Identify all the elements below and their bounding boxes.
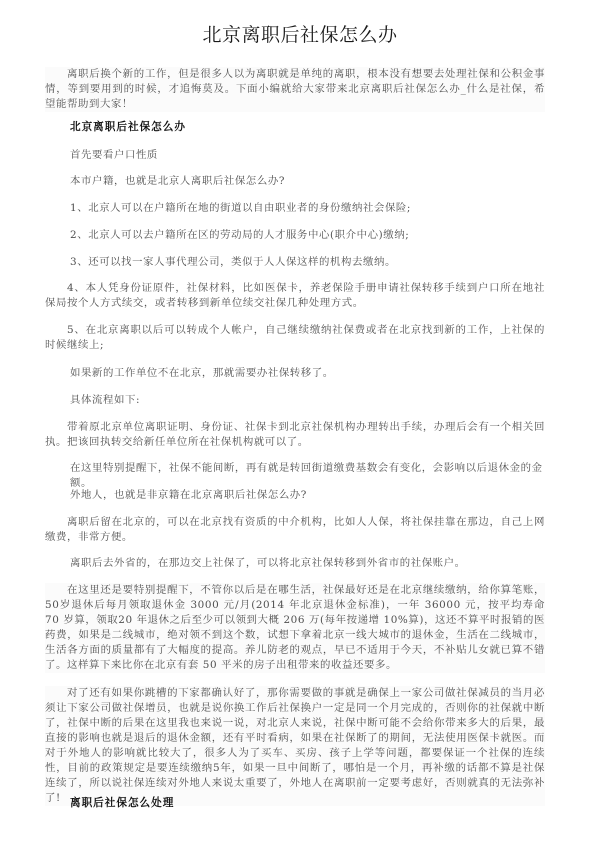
paragraph-reminder-no-gap: 在这里特别提醒下，社保不能间断，再有就是转回街道缴费基数会有变化，会影响以后退休… (70, 461, 550, 491)
section-heading-beijing-social-security: 北京离职后社保怎么办 (70, 119, 186, 134)
section-heading-handling: 离职后社保怎么处理 (70, 795, 174, 810)
list-item-5: 5、在北京离职以后可以转成个人帐户，自己继续缴纳社保费或者在北京找到新的工作，上… (45, 323, 545, 353)
paragraph-hukou-type: 首先要看户口性质 (70, 148, 550, 163)
document-page: 北京离职后社保怎么办 离职后换个新的工作，但是很多人以为离职就是单纯的离职，根本… (0, 0, 600, 849)
list-item-2: 2、北京人可以去户籍所在区的劳动局的人才服务中心(职介中心)缴纳; (70, 228, 550, 243)
paragraph-process-steps: 带着原北京单位离职证明、身份证、社保卡到北京社保机构办理转出手续，办理后会有一个… (45, 420, 545, 450)
paragraph-process-heading: 具体流程如下: (70, 393, 550, 408)
list-item-1: 1、北京人可以在户籍所在地的街道以自由职业者的身份缴纳社会保险; (70, 201, 550, 216)
intro-paragraph: 离职后换个新的工作，但是很多人以为离职就是单纯的离职，根本没有想要去处理社保和公… (45, 67, 545, 112)
paragraph-job-change-continuity: 对了还有如果你跳槽的下家都确认好了，那你需要做的事就是确保上一家公司做社保减员的… (45, 686, 545, 806)
paragraph-transfer-needed: 如果新的工作单位不在北京，那就需要办社保转移了。 (70, 366, 550, 381)
paragraph-move-province: 离职后去外省的，在那边交上社保了，可以将北京社保转移到外省市的社保账户。 (70, 556, 550, 571)
list-item-3: 3、还可以找一家人事代理公司，类似于人人保这样的机构去缴纳。 (70, 255, 550, 270)
paragraph-pension-calculation: 在这里还是要特别提醒下，不管你以后是在哪生活，社保最好还是在北京继续缴纳，给你算… (45, 583, 545, 673)
document-title: 北京离职后社保怎么办 (0, 20, 600, 47)
paragraph-nonlocal-question: 外地人，也就是非京籍在北京离职后社保怎么办? (70, 488, 550, 503)
paragraph-local-hukou-question: 本市户籍，也就是北京人离职后社保怎么办? (70, 174, 550, 189)
list-item-4: 4、本人凭身份证原件，社保材料，比如医保卡，养老保险手册申请社保转移手续到户口所… (45, 281, 545, 311)
paragraph-stay-in-beijing: 离职后留在北京的，可以在北京找有资质的中介机构，比如人人保，将社保挂靠在那边，自… (45, 515, 545, 545)
